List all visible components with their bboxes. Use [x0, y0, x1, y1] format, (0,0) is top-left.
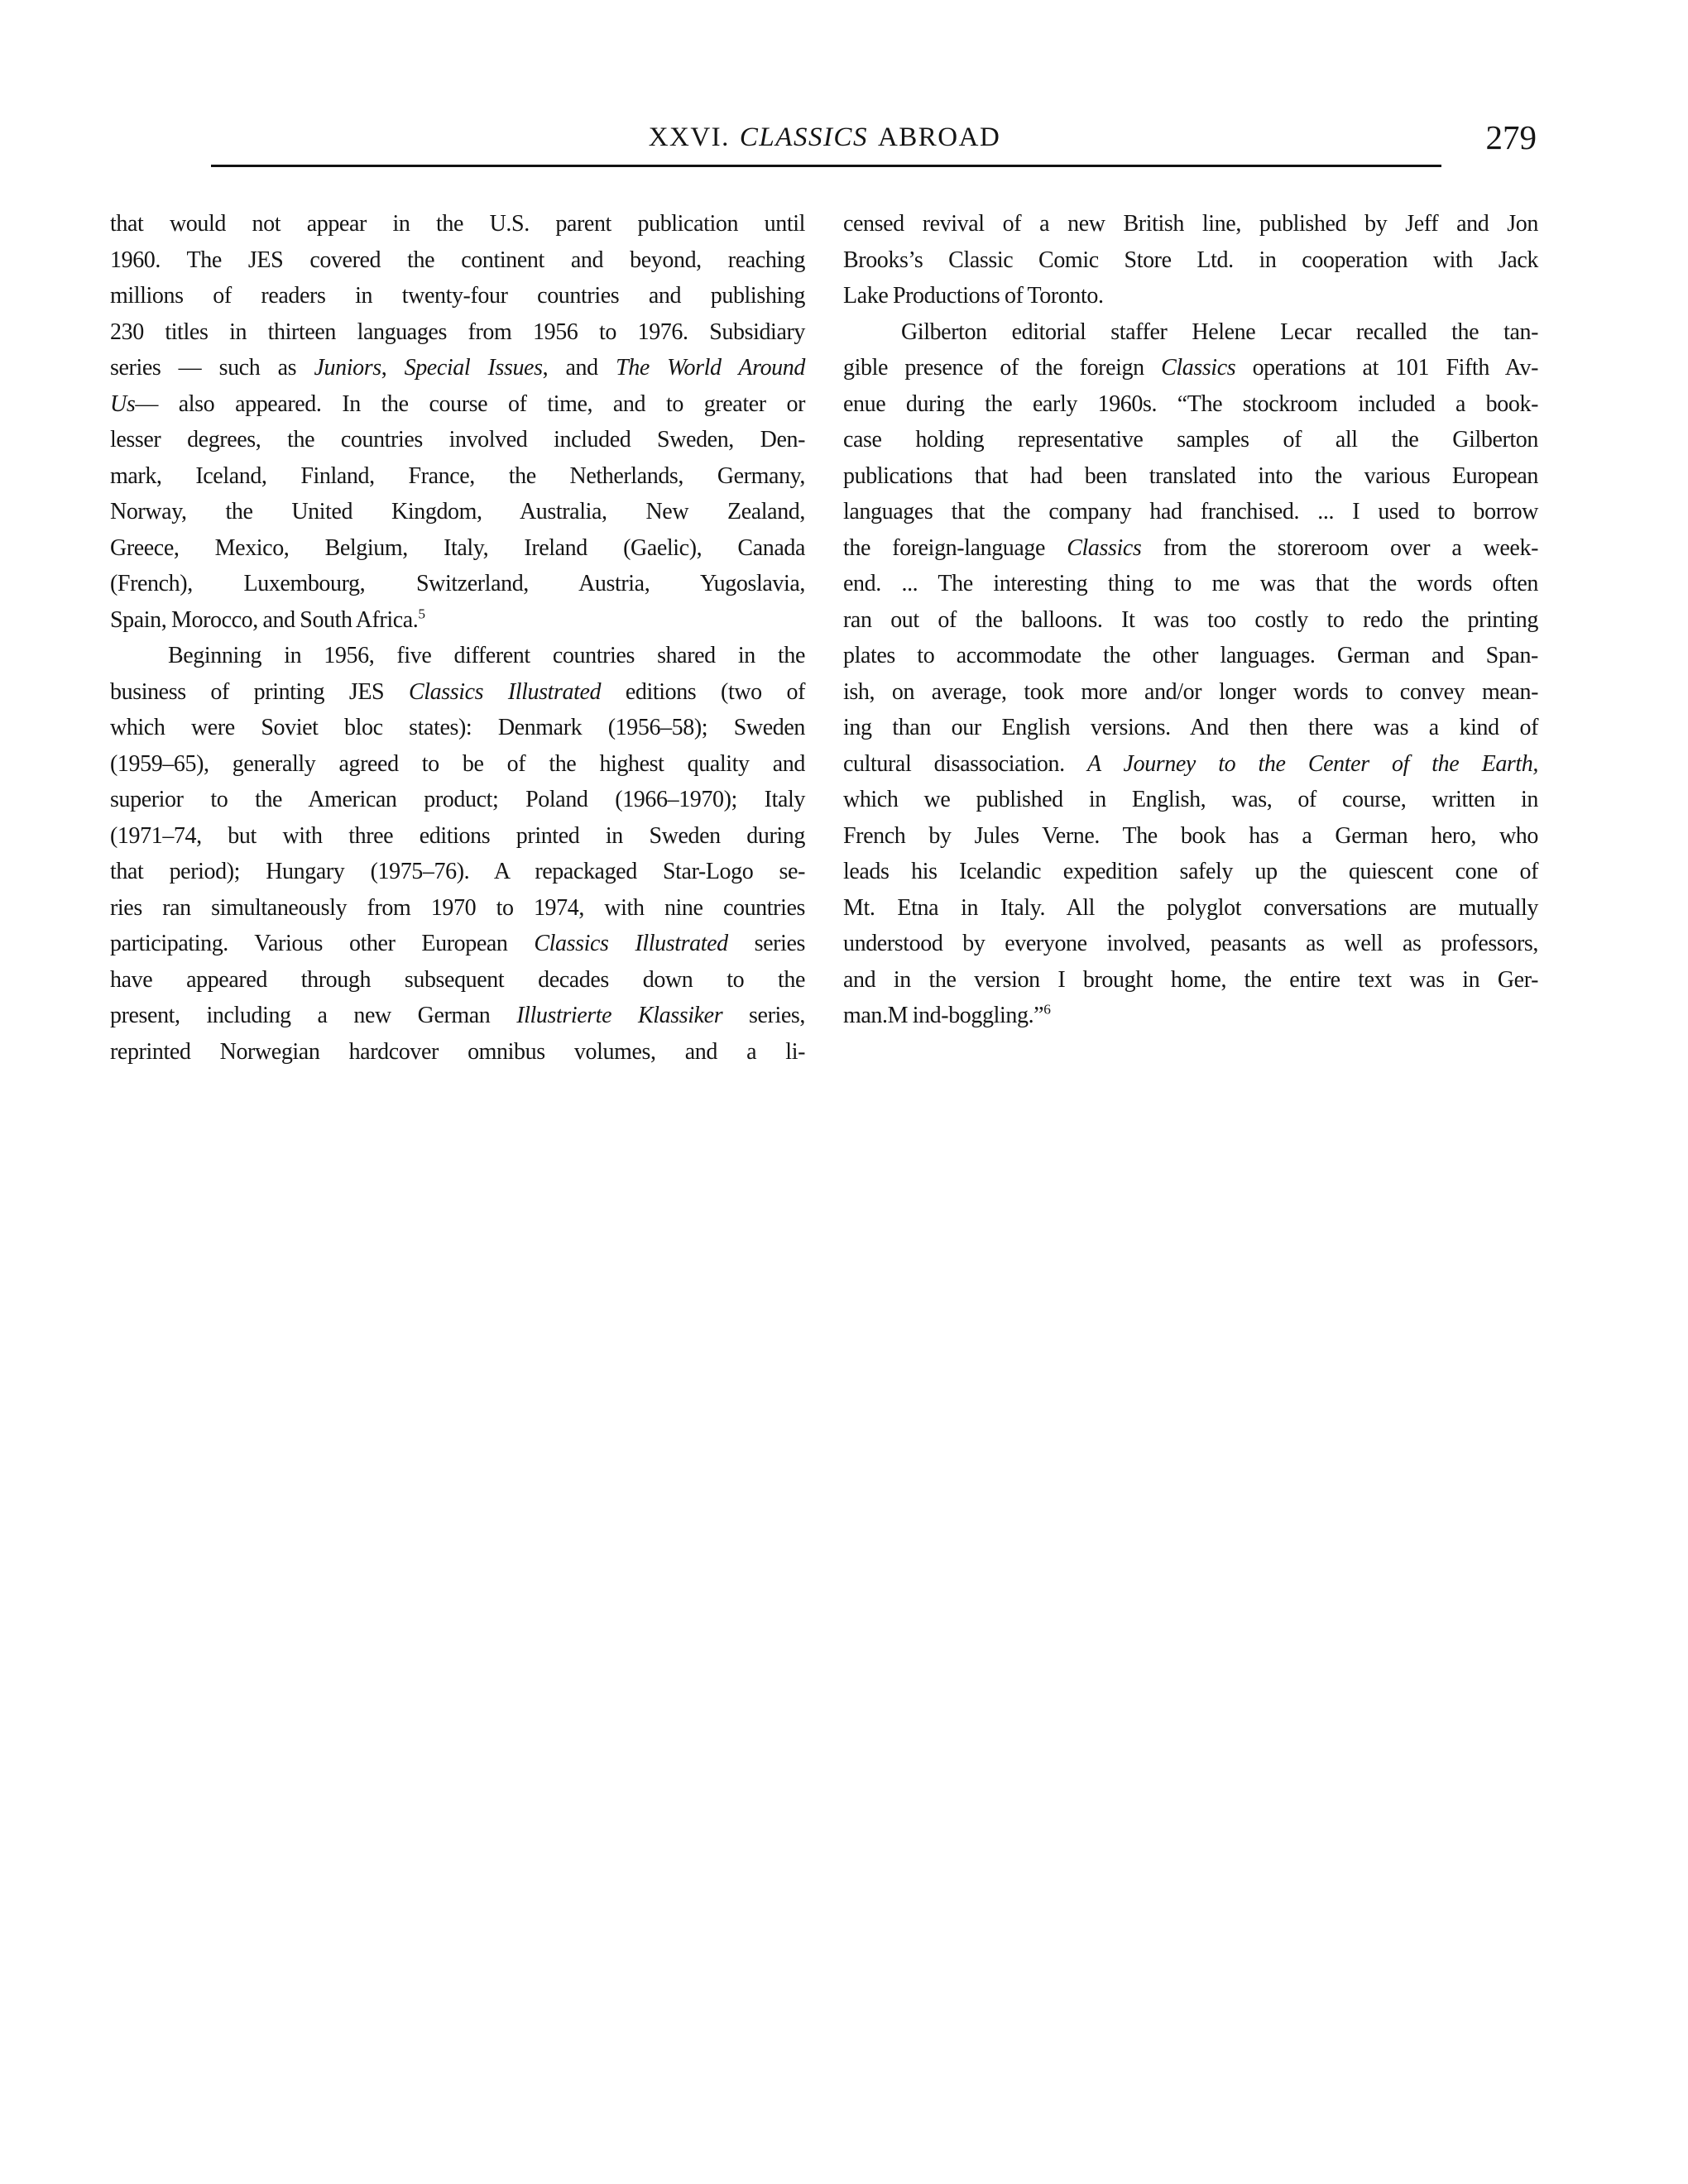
text-line: (1971–74, but with three editions printe… — [110, 818, 805, 855]
text-segment: have appeared through subsequent decades… — [110, 967, 805, 993]
text-line: series — such as Juniors, Special Issues… — [110, 350, 805, 386]
text-line: Gilberton editorial staffer Helene Lecar… — [843, 314, 1538, 351]
text-line: millions of readers in twenty-four count… — [110, 278, 805, 314]
text-segment: which we published in English, was, of c… — [843, 787, 1538, 812]
text-line: publications that had been translated in… — [843, 458, 1538, 495]
text-line: that period); Hungary (1975–76). A repac… — [110, 854, 805, 890]
italic-text: Classics Illustrated — [409, 679, 601, 705]
text-line: languages that the company had franchise… — [843, 494, 1538, 530]
text-segment: series — such as — [110, 355, 314, 381]
text-line: case holding representative samples of a… — [843, 422, 1538, 458]
text-segment: and in the version I brought home, the e… — [843, 967, 1538, 993]
text-segment: enue during the early 1960s. “The stockr… — [843, 391, 1538, 417]
text-line: which were Soviet bloc states): Denmark … — [110, 710, 805, 746]
text-line: (French), Luxembourg, Switzerland, Austr… — [110, 566, 805, 602]
text-segment: cultural disassociation. — [843, 751, 1087, 777]
text-segment: censed revival of a new British line, pu… — [843, 211, 1538, 237]
text-line: ran out of the balloons. It was too cost… — [843, 602, 1538, 639]
text-line: end. ... The interesting thing to me was… — [843, 566, 1538, 602]
italic-text: A Journey to the Center of the Earth, — [1087, 751, 1538, 777]
text-segment: understood by everyone involved, peasant… — [843, 931, 1538, 956]
text-line: understood by everyone involved, peasant… — [843, 926, 1538, 962]
text-segment: ish, on average, took more and/or longer… — [843, 679, 1538, 705]
text-segment: operations at 101 Fifth Av- — [1235, 355, 1538, 381]
text-line: lesser degrees, the countries involved i… — [110, 422, 805, 458]
text-line: Spain, Morocco, and South Africa.5 — [110, 602, 805, 639]
text-segment: lesser degrees, the countries involved i… — [110, 427, 805, 453]
italic-text: Special Issues — [405, 355, 543, 381]
text-segment: ran out of the balloons. It was too cost… — [843, 607, 1538, 633]
text-segment: mark, Iceland, Finland, France, the Neth… — [110, 463, 805, 489]
text-segment: the foreign-language — [843, 535, 1067, 561]
text-line: cultural disassociation. A Journey to th… — [843, 746, 1538, 783]
text-segment: which were Soviet bloc states): Denmark … — [110, 715, 805, 740]
text-line: present, including a new German Illustri… — [110, 998, 805, 1034]
text-segment: Spain, Morocco, and South Africa. — [110, 607, 418, 633]
italic-text: Juniors — [314, 355, 381, 381]
text-segment: leads his Icelandic expedition safely up… — [843, 859, 1538, 884]
text-segment: French by Jules Verne. The book has a Ge… — [843, 823, 1538, 849]
italic-text: Classics — [1161, 355, 1235, 381]
text-segment: that period); Hungary (1975–76). A repac… — [110, 859, 805, 884]
text-segment: man.M ind-boggling.” — [843, 1003, 1043, 1028]
text-line: Greece, Mexico, Belgium, Italy, Ireland … — [110, 530, 805, 567]
header-rule — [211, 165, 1441, 167]
chapter-title-italic: CLASSICS — [740, 122, 868, 152]
text-segment: end. ... The interesting thing to me was… — [843, 571, 1538, 596]
text-line: and in the version I brought home, the e… — [843, 962, 1538, 999]
italic-text: Classics — [1067, 535, 1141, 561]
left-column: that would not appear in the U.S. parent… — [110, 206, 805, 1070]
text-line: the foreign-language Classics from the s… — [843, 530, 1538, 567]
italic-text: Us — [110, 391, 135, 417]
text-line: that would not appear in the U.S. parent… — [110, 206, 805, 242]
text-segment: — also appeared. In the course of time, … — [135, 391, 805, 417]
text-line: (1959–65), generally agreed to be of the… — [110, 746, 805, 783]
text-segment: business of printing JES — [110, 679, 409, 705]
text-line: superior to the American product; Poland… — [110, 782, 805, 818]
text-line: man.M ind-boggling.”6 — [843, 998, 1538, 1034]
text-segment: gible presence of the foreign — [843, 355, 1161, 381]
text-segment: Gilberton editorial staffer Helene Lecar… — [901, 319, 1538, 345]
text-segment: plates to accommodate the other language… — [843, 643, 1538, 668]
text-segment: superior to the American product; Poland… — [110, 787, 805, 812]
text-segment: Greece, Mexico, Belgium, Italy, Ireland … — [110, 535, 805, 561]
text-segment: 1960. The JES covered the continent and … — [110, 247, 805, 273]
text-segment: (1959–65), generally agreed to be of the… — [110, 751, 805, 777]
text-segment: Lake Productions of Toronto. — [843, 283, 1104, 309]
text-segment: participating. Various other European — [110, 931, 534, 956]
text-line: Us— also appeared. In the course of time… — [110, 386, 805, 423]
text-line: Brooks’s Classic Comic Store Ltd. in coo… — [843, 242, 1538, 279]
text-line: censed revival of a new British line, pu… — [843, 206, 1538, 242]
text-segment: 230 titles in thirteen languages from 19… — [110, 319, 805, 345]
text-segment: publications that had been translated in… — [843, 463, 1538, 489]
footnote-ref: 6 — [1043, 1002, 1051, 1018]
text-segment: Norway, the United Kingdom, Australia, N… — [110, 499, 805, 524]
text-segment: reprinted Norwegian hardcover omnibus vo… — [110, 1039, 805, 1065]
text-line: leads his Icelandic expedition safely up… — [843, 854, 1538, 890]
text-line: 1960. The JES covered the continent and … — [110, 242, 805, 279]
text-segment: languages that the company had franchise… — [843, 499, 1538, 524]
text-line: ish, on average, took more and/or longer… — [843, 674, 1538, 711]
text-line: Beginning in 1956, five different countr… — [110, 638, 805, 674]
text-segment: series — [728, 931, 805, 956]
text-line: mark, Iceland, Finland, France, the Neth… — [110, 458, 805, 495]
italic-text: Illustrierte Klassiker — [516, 1003, 722, 1028]
italic-text: Classics Illustrated — [534, 931, 727, 956]
page-number: 279 — [1486, 117, 1537, 157]
text-line: reprinted Norwegian hardcover omnibus vo… — [110, 1034, 805, 1070]
text-line: gible presence of the foreign Classics o… — [843, 350, 1538, 386]
text-columns: that would not appear in the U.S. parent… — [110, 206, 1539, 1070]
text-line: which we published in English, was, of c… — [843, 782, 1538, 818]
text-segment: series, — [722, 1003, 805, 1028]
text-line: Mt. Etna in Italy. All the polyglot conv… — [843, 890, 1538, 927]
text-line: plates to accommodate the other language… — [843, 638, 1538, 674]
text-segment: , — [381, 355, 405, 381]
text-segment: case holding representative samples of a… — [843, 427, 1538, 453]
text-segment: Mt. Etna in Italy. All the polyglot conv… — [843, 895, 1538, 921]
text-segment: (1971–74, but with three editions printe… — [110, 823, 805, 849]
chapter-title-rest: ABROAD — [878, 122, 1000, 152]
text-segment: ing than our English versions. And then … — [843, 715, 1538, 740]
text-segment: ries ran simultaneously from 1970 to 197… — [110, 895, 805, 921]
text-segment: present, including a new German — [110, 1003, 516, 1028]
text-line: business of printing JES Classics Illust… — [110, 674, 805, 711]
text-line: have appeared through subsequent decades… — [110, 962, 805, 999]
text-segment: , and — [543, 355, 616, 381]
italic-text: The World Around — [616, 355, 805, 381]
text-segment: (French), Luxembourg, Switzerland, Austr… — [110, 571, 805, 596]
text-line: participating. Various other European Cl… — [110, 926, 805, 962]
text-line: enue during the early 1960s. “The stockr… — [843, 386, 1538, 423]
text-line: Norway, the United Kingdom, Australia, N… — [110, 494, 805, 530]
text-line: French by Jules Verne. The book has a Ge… — [843, 818, 1538, 855]
text-segment: Brooks’s Classic Comic Store Ltd. in coo… — [843, 247, 1538, 273]
text-line: 230 titles in thirteen languages from 19… — [110, 314, 805, 351]
chapter-number: XXVI. — [649, 122, 730, 152]
text-segment: that would not appear in the U.S. parent… — [110, 211, 805, 237]
right-column: censed revival of a new British line, pu… — [843, 206, 1538, 1070]
running-head: XXVI.CLASSICSABROAD — [110, 122, 1539, 153]
text-line: Lake Productions of Toronto. — [843, 278, 1538, 314]
text-segment: editions (two of — [601, 679, 805, 705]
text-line: ing than our English versions. And then … — [843, 710, 1538, 746]
text-segment: from the storeroom over a week- — [1141, 535, 1538, 561]
text-segment: millions of readers in twenty-four count… — [110, 283, 805, 309]
footnote-ref: 5 — [418, 606, 425, 621]
text-segment: Beginning in 1956, five different countr… — [168, 643, 805, 668]
text-line: ries ran simultaneously from 1970 to 197… — [110, 890, 805, 927]
